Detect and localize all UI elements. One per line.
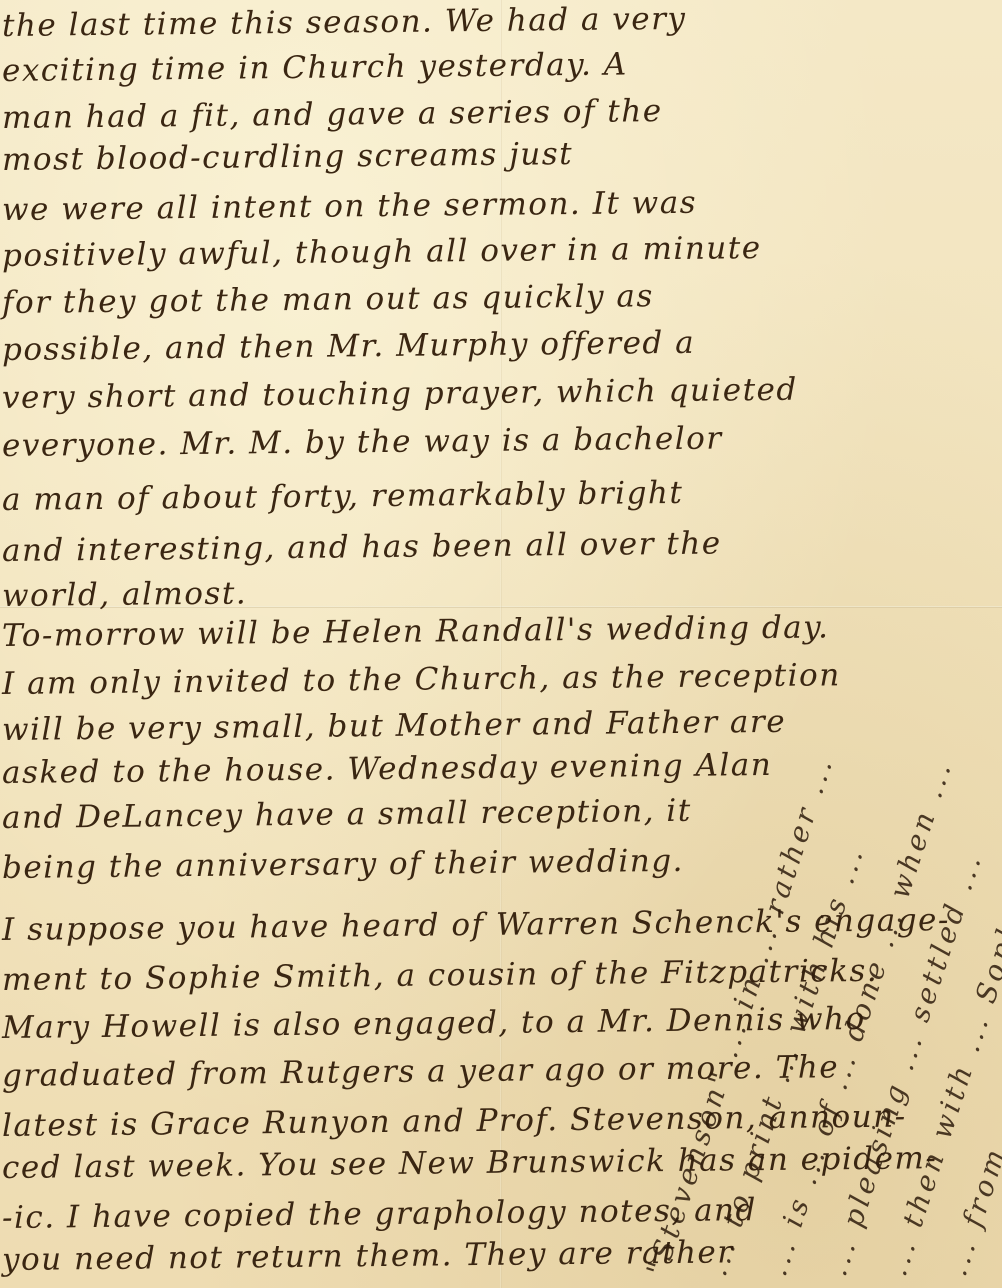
text-line: everyone. Mr. M. by the way is a bachelo… <box>2 420 723 464</box>
text-line: for they got the man out as quickly as <box>2 278 654 321</box>
text-line: possible, and then Mr. Murphy offered a <box>2 325 695 368</box>
crosswritten-line: ... from ... Affly ... Elizabeth <box>940 777 1002 1280</box>
text-line: being the anniversary of their wedding. <box>2 843 684 886</box>
text-line: most blood-curdling screams just <box>2 136 574 178</box>
text-line: I am only invited to the Church, as the … <box>2 657 841 702</box>
text-line: will be very small, but Mother and Fathe… <box>2 704 786 748</box>
crosswritten-line: ... then with ... Sophie ... which ... <box>880 671 1002 1280</box>
text-line: ced last week. You see New Brunswick has… <box>2 1140 938 1186</box>
text-line: latest is Grace Runyon and Prof. Stevens… <box>2 1099 907 1144</box>
text-line: we were all intent on the sermon. It was <box>2 185 697 228</box>
text-line: and interesting, and has been all over t… <box>2 525 722 569</box>
letter-page: the last time this season. We had a very… <box>0 0 1002 1288</box>
text-line: positively awful, though all over in a m… <box>2 230 762 274</box>
text-line: the last time this season. We had a very <box>2 1 687 44</box>
text-line: graduated from Rutgers a year ago or mor… <box>2 1049 839 1094</box>
text-line: very short and touching prayer, which qu… <box>2 372 798 416</box>
text-line: I suppose you have heard of Warren Schen… <box>2 902 950 948</box>
text-line: -ic. I have copied the graphology notes,… <box>2 1192 757 1236</box>
text-line: man had a fit, and gave a series of the <box>2 93 663 136</box>
text-line: and DeLancey have a small reception, it <box>2 793 692 836</box>
text-line: Mary Howell is also engaged, to a Mr. De… <box>2 1001 866 1046</box>
text-line: ment to Sophie Smith, a cousin of the Fi… <box>2 953 879 998</box>
text-line: a man of about forty, remarkably bright <box>2 475 684 518</box>
text-line: you need not return them. They are rathe… <box>2 1234 734 1278</box>
text-line: asked to the house. Wednesday evening Al… <box>2 747 773 791</box>
text-line: To-morrow will be Helen Randall's weddin… <box>2 609 830 654</box>
text-line: world, almost. <box>2 575 248 614</box>
text-line: exciting time in Church yesterday. A <box>2 46 628 89</box>
